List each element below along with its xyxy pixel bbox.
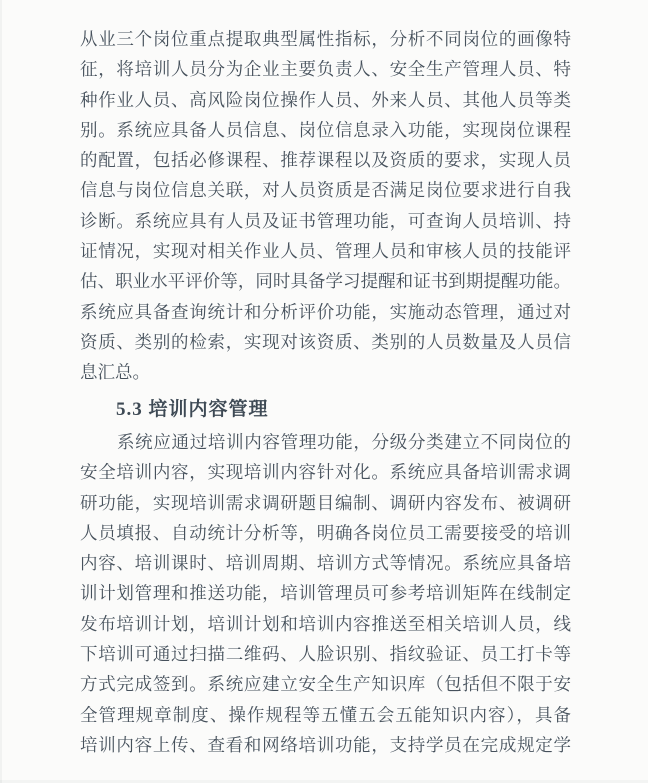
text-line: 系统应具备查询统计和分析评价功能，实施动态管理，通过对 [80, 297, 571, 327]
text-line: 培训内容上传、查看和网络培训功能，支持学员在完成规定学 [80, 730, 571, 760]
text-line: 研功能，实现培训需求调研题目编制、调研内容发布、被调研 [80, 488, 571, 518]
text-line: 别。系统应具备人员信息、岗位信息录入功能，实现岗位课程 [80, 115, 571, 145]
text-line: 息汇总。 [80, 357, 571, 387]
text-line: 证情况，实现对相关作业人员、管理人员和审核人员的技能评 [80, 236, 571, 266]
text-line: 系统应通过培训内容管理功能，分级分类建立不同岗位的 [80, 427, 571, 457]
section-heading: 5.3 培训内容管理 [116, 395, 269, 425]
text-line: 估、职业水平评价等，同时具备学习提醒和证书到期提醒功能。 [80, 266, 571, 296]
section-paragraph: 系统应通过培训内容管理功能，分级分类建立不同岗位的安全培训内容，实现培训内容针对… [80, 427, 571, 760]
text-line: 种作业人员、高风险岗位操作人员、外来人员、其他人员等类 [80, 85, 571, 115]
text-line: 全管理规章制度、操作规程等五懂五会五能知识内容），具备 [80, 700, 571, 730]
text-line: 方式完成签到。系统应建立安全生产知识库（包括但不限于安 [80, 669, 571, 699]
text-line: 发布培训计划，培训计划和培训内容推送至相关培训人员，线 [80, 609, 571, 639]
text-line: 资质、类别的检索，实现对该资质、类别的人员数量及人员信 [80, 327, 571, 357]
text-line: 安全培训内容，实现培训内容针对化。系统应具备培训需求调 [80, 457, 571, 487]
text-line: 人员填报、自动统计分析等，明确各岗位员工需要接受的培训 [80, 518, 571, 548]
text-line: 信息与岗位信息关联，对人员资质是否满足岗位要求进行自我 [80, 175, 571, 205]
text-line: 内容、培训课时、培训周期、培训方式等情况。系统应具备培 [80, 548, 571, 578]
document-page: 从业三个岗位重点提取典型属性指标，分析不同岗位的画像特征，将培训人员分为企业主要… [0, 0, 648, 783]
paragraph-continuation: 从业三个岗位重点提取典型属性指标，分析不同岗位的画像特征，将培训人员分为企业主要… [80, 24, 571, 388]
text-line: 的配置，包括必修课程、推荐课程以及资质的要求，实现人员 [80, 145, 571, 175]
text-line: 诊断。系统应具有人员及证书管理功能，可查询人员培训、持 [80, 206, 571, 236]
text-line: 从业三个岗位重点提取典型属性指标，分析不同岗位的画像特 [80, 24, 571, 54]
text-line: 下培训可通过扫描二维码、人脸识别、指纹验证、员工打卡等 [80, 639, 571, 669]
text-line: 征，将培训人员分为企业主要负责人、安全生产管理人员、特 [80, 54, 571, 84]
text-line: 训计划管理和推送功能，培训管理员可参考培训矩阵在线制定 [80, 578, 571, 608]
